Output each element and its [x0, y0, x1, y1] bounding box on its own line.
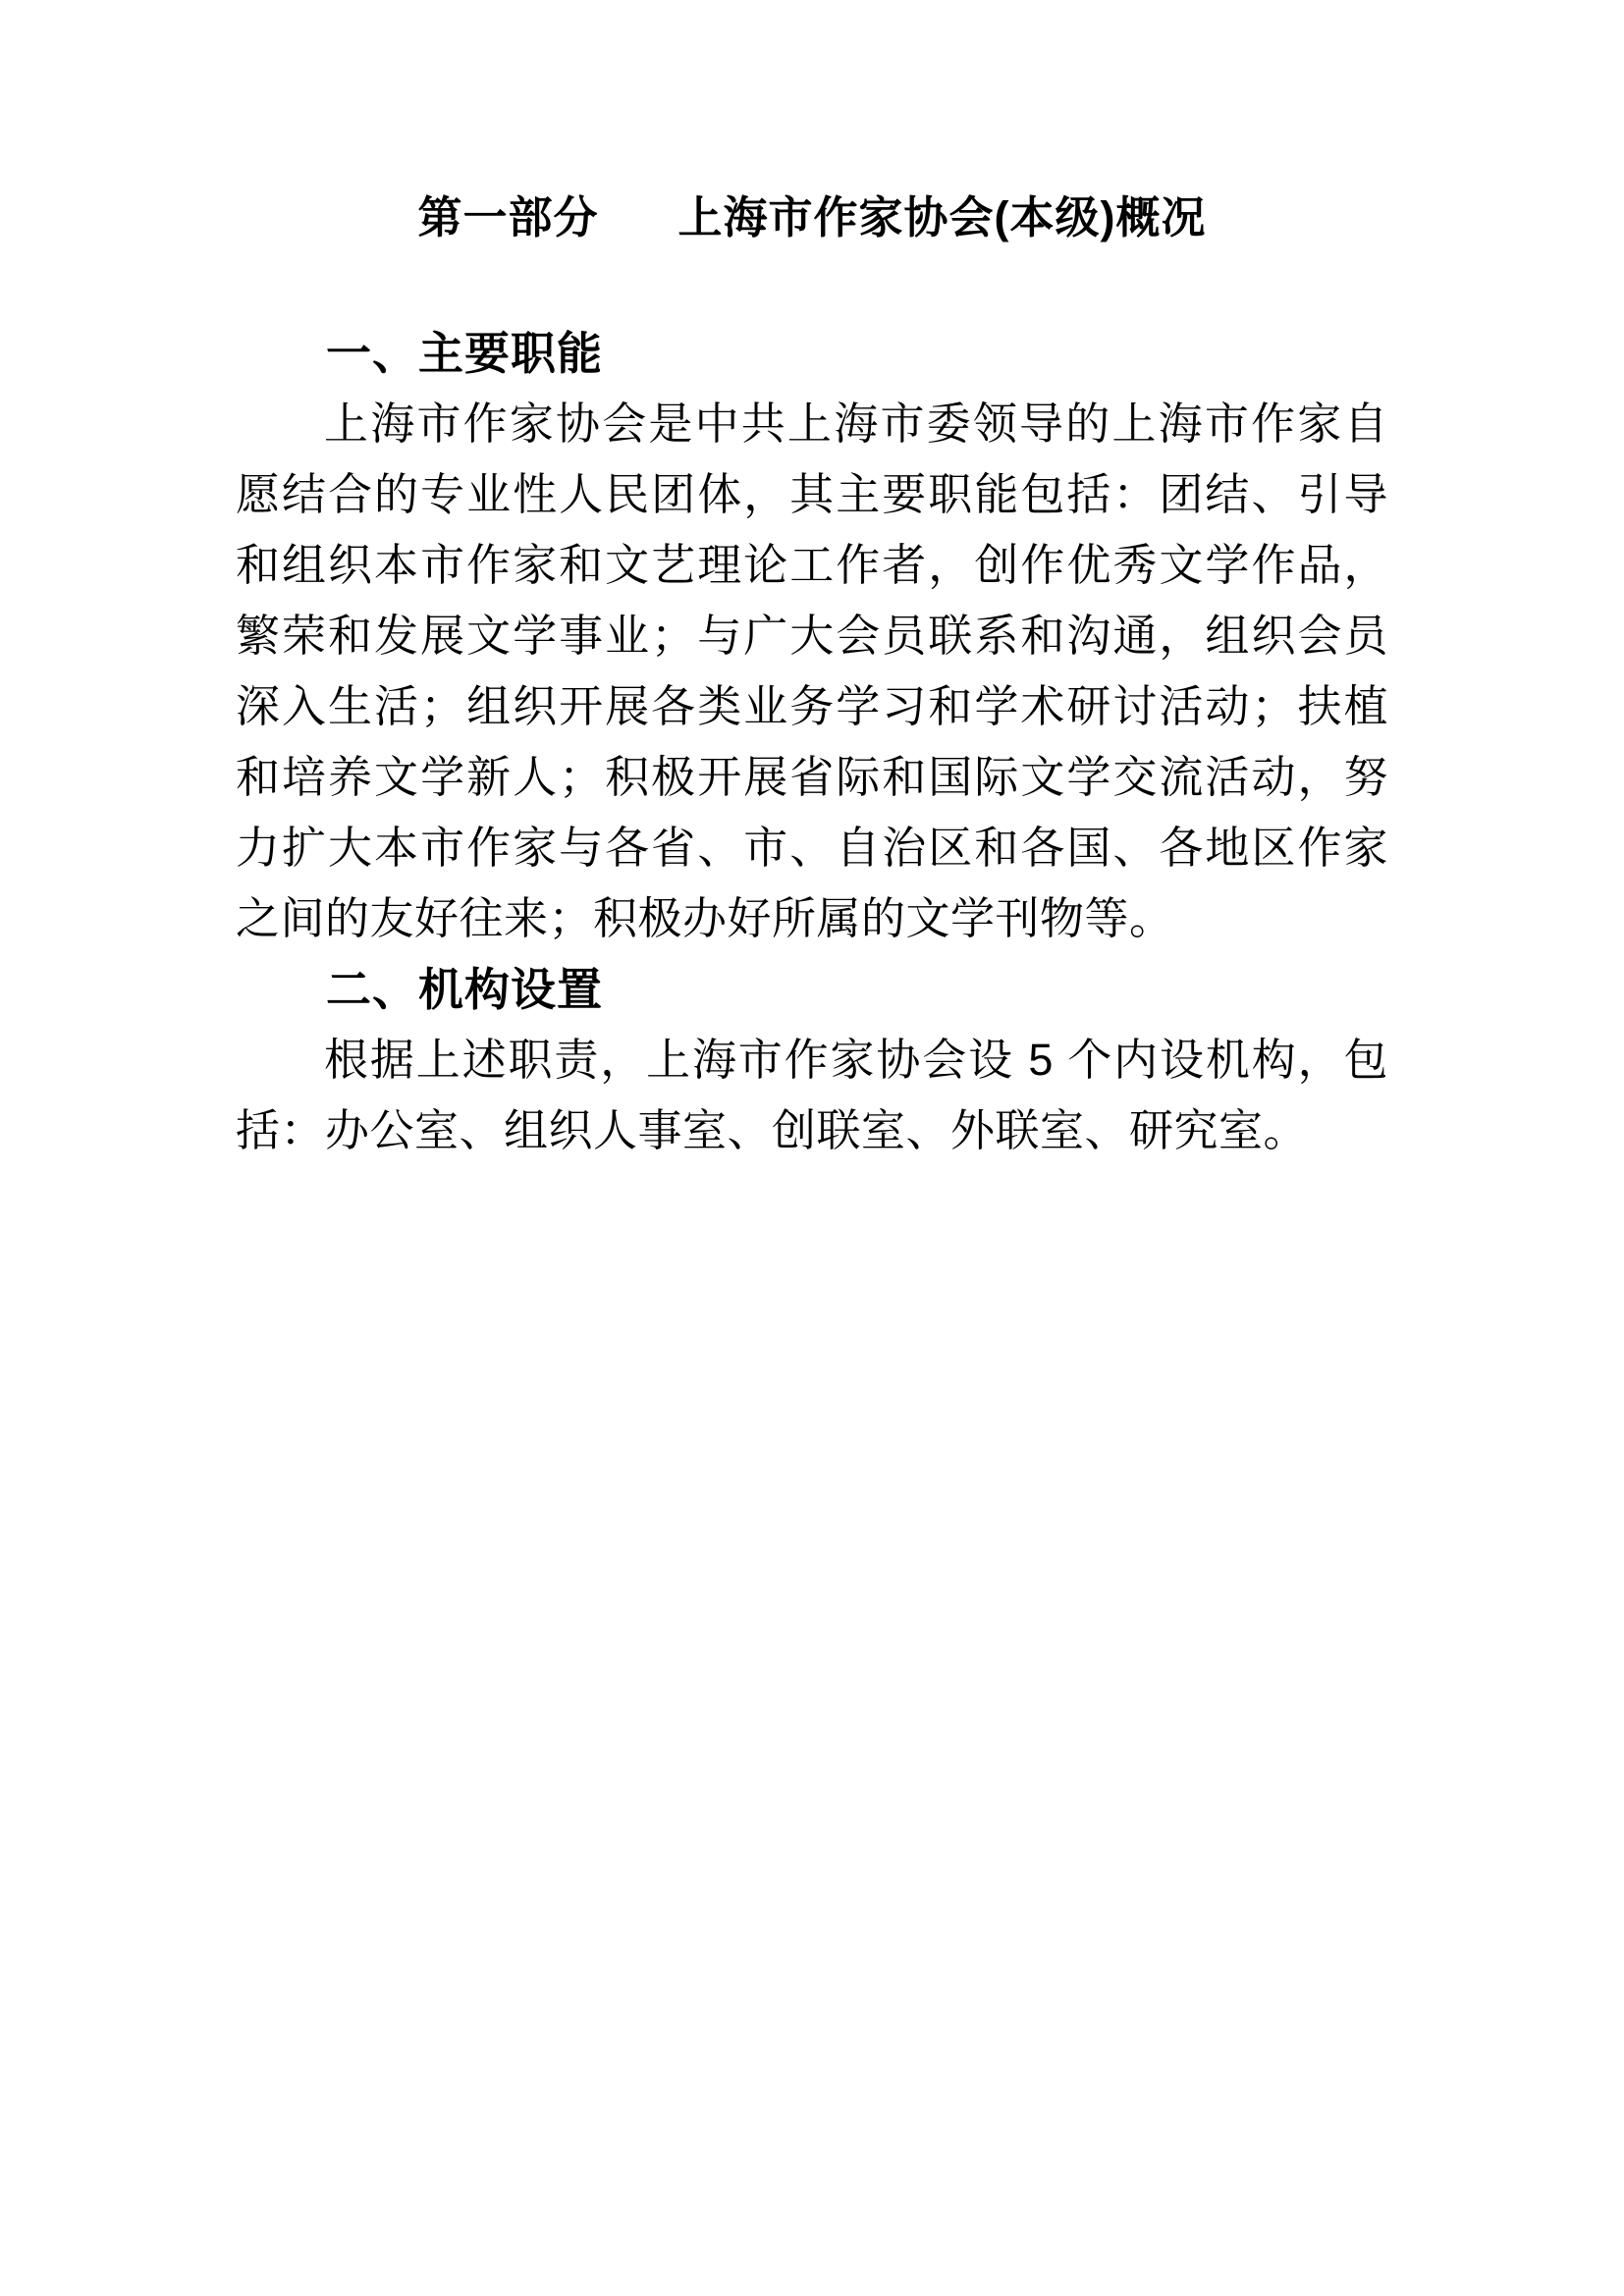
document-title: 第一部分 上海市作家协会(本级)概况	[236, 183, 1388, 253]
section-main-functions: 一、主要职能 上海市作家协会是中共上海市委领导的上海市作家自愿结合的专业性人民团…	[236, 318, 1388, 954]
paragraph-main-functions: 上海市作家协会是中共上海市委领导的上海市作家自愿结合的专业性人民团体，其主要职能…	[236, 389, 1388, 954]
section-heading-main-functions: 一、主要职能	[236, 318, 1388, 389]
paragraph-org-structure: 根据上述职责，上海市作家协会设 5 个内设机构，包括：办公室、组织人事室、创联室…	[236, 1025, 1388, 1166]
document-page: 第一部分 上海市作家协会(本级)概况 一、主要职能 上海市作家协会是中共上海市委…	[0, 0, 1624, 2296]
section-org-structure: 二、机构设置 根据上述职责，上海市作家协会设 5 个内设机构，包括：办公室、组织…	[236, 954, 1388, 1166]
section-heading-org-structure: 二、机构设置	[236, 954, 1388, 1025]
